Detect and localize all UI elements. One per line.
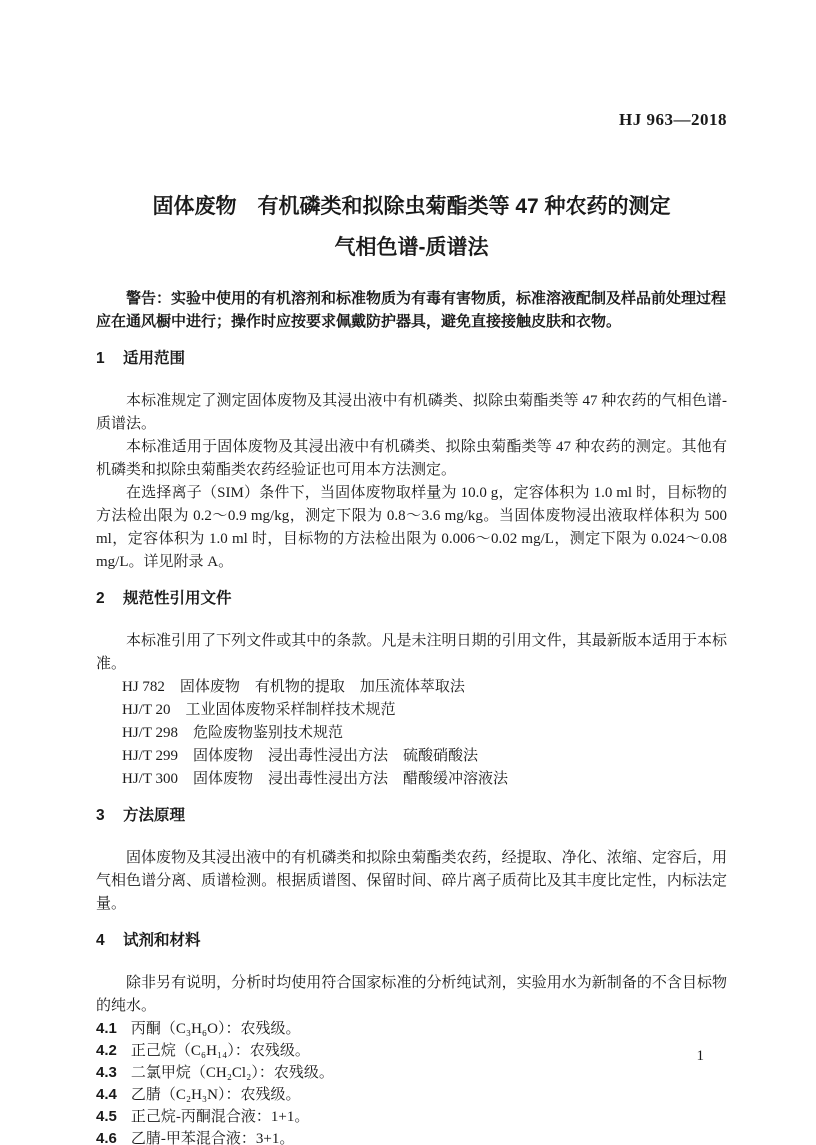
reagents-intro: 除非另有说明，分析时均使用符合国家标准的分析纯试剂，实验用水为新制备的不含目标物… <box>96 972 727 1018</box>
title-line-1: 固体废物 有机磷类和拟除虫菊酯类等 47 种农药的测定 <box>96 186 727 227</box>
clause-text: 正己烷（C₆H₁₄）：农残级。 <box>131 1043 310 1059</box>
clause-number: 4.1 <box>96 1020 117 1037</box>
scope-paragraph-1: 本标准规定了测定固体废物及其浸出液中有机磷类、拟除虫菊酯类等 47 种农药的气相… <box>96 390 727 436</box>
section-reagents-materials: 4 试剂和材料 除非另有说明，分析时均使用符合国家标准的分析纯试剂，实验用水为新… <box>96 932 727 1145</box>
page-number: 1 <box>697 1048 705 1065</box>
reagent-clause: 4.3二氯甲烷（CH₂Cl₂）：农残级。 <box>96 1062 727 1084</box>
clause-number: 4.3 <box>96 1064 117 1081</box>
document-title: 固体废物 有机磷类和拟除虫菊酯类等 47 种农药的测定 气相色谱-质谱法 <box>96 186 727 268</box>
section-1-title: 适用范围 <box>123 350 185 367</box>
clause-text: 乙腈（C₂H₃N）：农残级。 <box>131 1087 301 1103</box>
section-1-number: 1 <box>96 350 105 367</box>
reagent-clause: 4.4乙腈（C₂H₃N）：农残级。 <box>96 1084 727 1106</box>
section-scope: 1 适用范围 本标准规定了测定固体废物及其浸出液中有机磷类、拟除虫菊酯类等 47… <box>96 350 727 574</box>
clause-text: 丙酮（C₃H₆O）：农残级。 <box>131 1021 301 1037</box>
warning-text: 警告：实验中使用的有机溶剂和标准物质为有毒有害物质，标准溶液配制及样品前处理过程… <box>96 288 727 334</box>
section-2-heading: 2 规范性引用文件 <box>96 590 727 608</box>
reagent-clause: 4.2正己烷（C₆H₁₄）：农残级。 <box>96 1040 727 1062</box>
clause-number: 4.6 <box>96 1130 117 1145</box>
title-line-2: 气相色谱-质谱法 <box>96 227 727 268</box>
references-intro: 本标准引用了下列文件或其中的条款。凡是未注明日期的引用文件，其最新版本适用于本标… <box>96 630 727 676</box>
clause-text: 二氯甲烷（CH₂Cl₂）：农残级。 <box>131 1065 334 1081</box>
reference-item: HJ/T 20 工业固体废物采样制样技术规范 <box>96 699 727 722</box>
section-method-principle: 3 方法原理 固体废物及其浸出液中的有机磷类和拟除虫菊酯类农药，经提取、净化、浓… <box>96 807 727 916</box>
section-3-heading: 3 方法原理 <box>96 807 727 825</box>
section-2-number: 2 <box>96 590 105 607</box>
reference-item: HJ/T 300 固体废物 浸出毒性浸出方法 醋酸缓冲溶液法 <box>96 768 727 791</box>
reagent-clause: 4.6乙腈-甲苯混合液：3+1。 <box>96 1128 727 1145</box>
section-4-title: 试剂和材料 <box>123 932 201 949</box>
reagent-clause: 4.5正己烷-丙酮混合液：1+1。 <box>96 1106 727 1128</box>
clause-number: 4.5 <box>96 1108 117 1125</box>
section-normative-references: 2 规范性引用文件 本标准引用了下列文件或其中的条款。凡是未注明日期的引用文件，… <box>96 590 727 791</box>
section-3-title: 方法原理 <box>123 807 185 824</box>
clause-text: 正己烷-丙酮混合液：1+1。 <box>131 1109 309 1125</box>
section-4-number: 4 <box>96 932 105 949</box>
clause-text: 乙腈-甲苯混合液：3+1。 <box>131 1131 294 1145</box>
reference-item: HJ/T 299 固体废物 浸出毒性浸出方法 硫酸硝酸法 <box>96 745 727 768</box>
reference-item: HJ 782 固体废物 有机物的提取 加压流体萃取法 <box>96 676 727 699</box>
clause-number: 4.2 <box>96 1042 117 1059</box>
principle-paragraph: 固体废物及其浸出液中的有机磷类和拟除虫菊酯类农药，经提取、净化、浓缩、定容后，用… <box>96 847 727 916</box>
section-4-heading: 4 试剂和材料 <box>96 932 727 950</box>
standard-code: HJ 963—2018 <box>96 110 727 130</box>
scope-paragraph-3: 在选择离子（SIM）条件下，当固体废物取样量为 10.0 g，定容体积为 1.0… <box>96 482 727 574</box>
clause-number: 4.4 <box>96 1086 117 1103</box>
document-page: HJ 963—2018 固体废物 有机磷类和拟除虫菊酯类等 47 种农药的测定 … <box>0 0 816 1145</box>
section-3-number: 3 <box>96 807 105 824</box>
section-2-title: 规范性引用文件 <box>123 590 232 607</box>
scope-paragraph-2: 本标准适用于固体废物及其浸出液中有机磷类、拟除虫菊酯类等 47 种农药的测定。其… <box>96 436 727 482</box>
reference-item: HJ/T 298 危险废物鉴别技术规范 <box>96 722 727 745</box>
section-1-heading: 1 适用范围 <box>96 350 727 368</box>
reagent-clause: 4.1丙酮（C₃H₆O）：农残级。 <box>96 1018 727 1040</box>
